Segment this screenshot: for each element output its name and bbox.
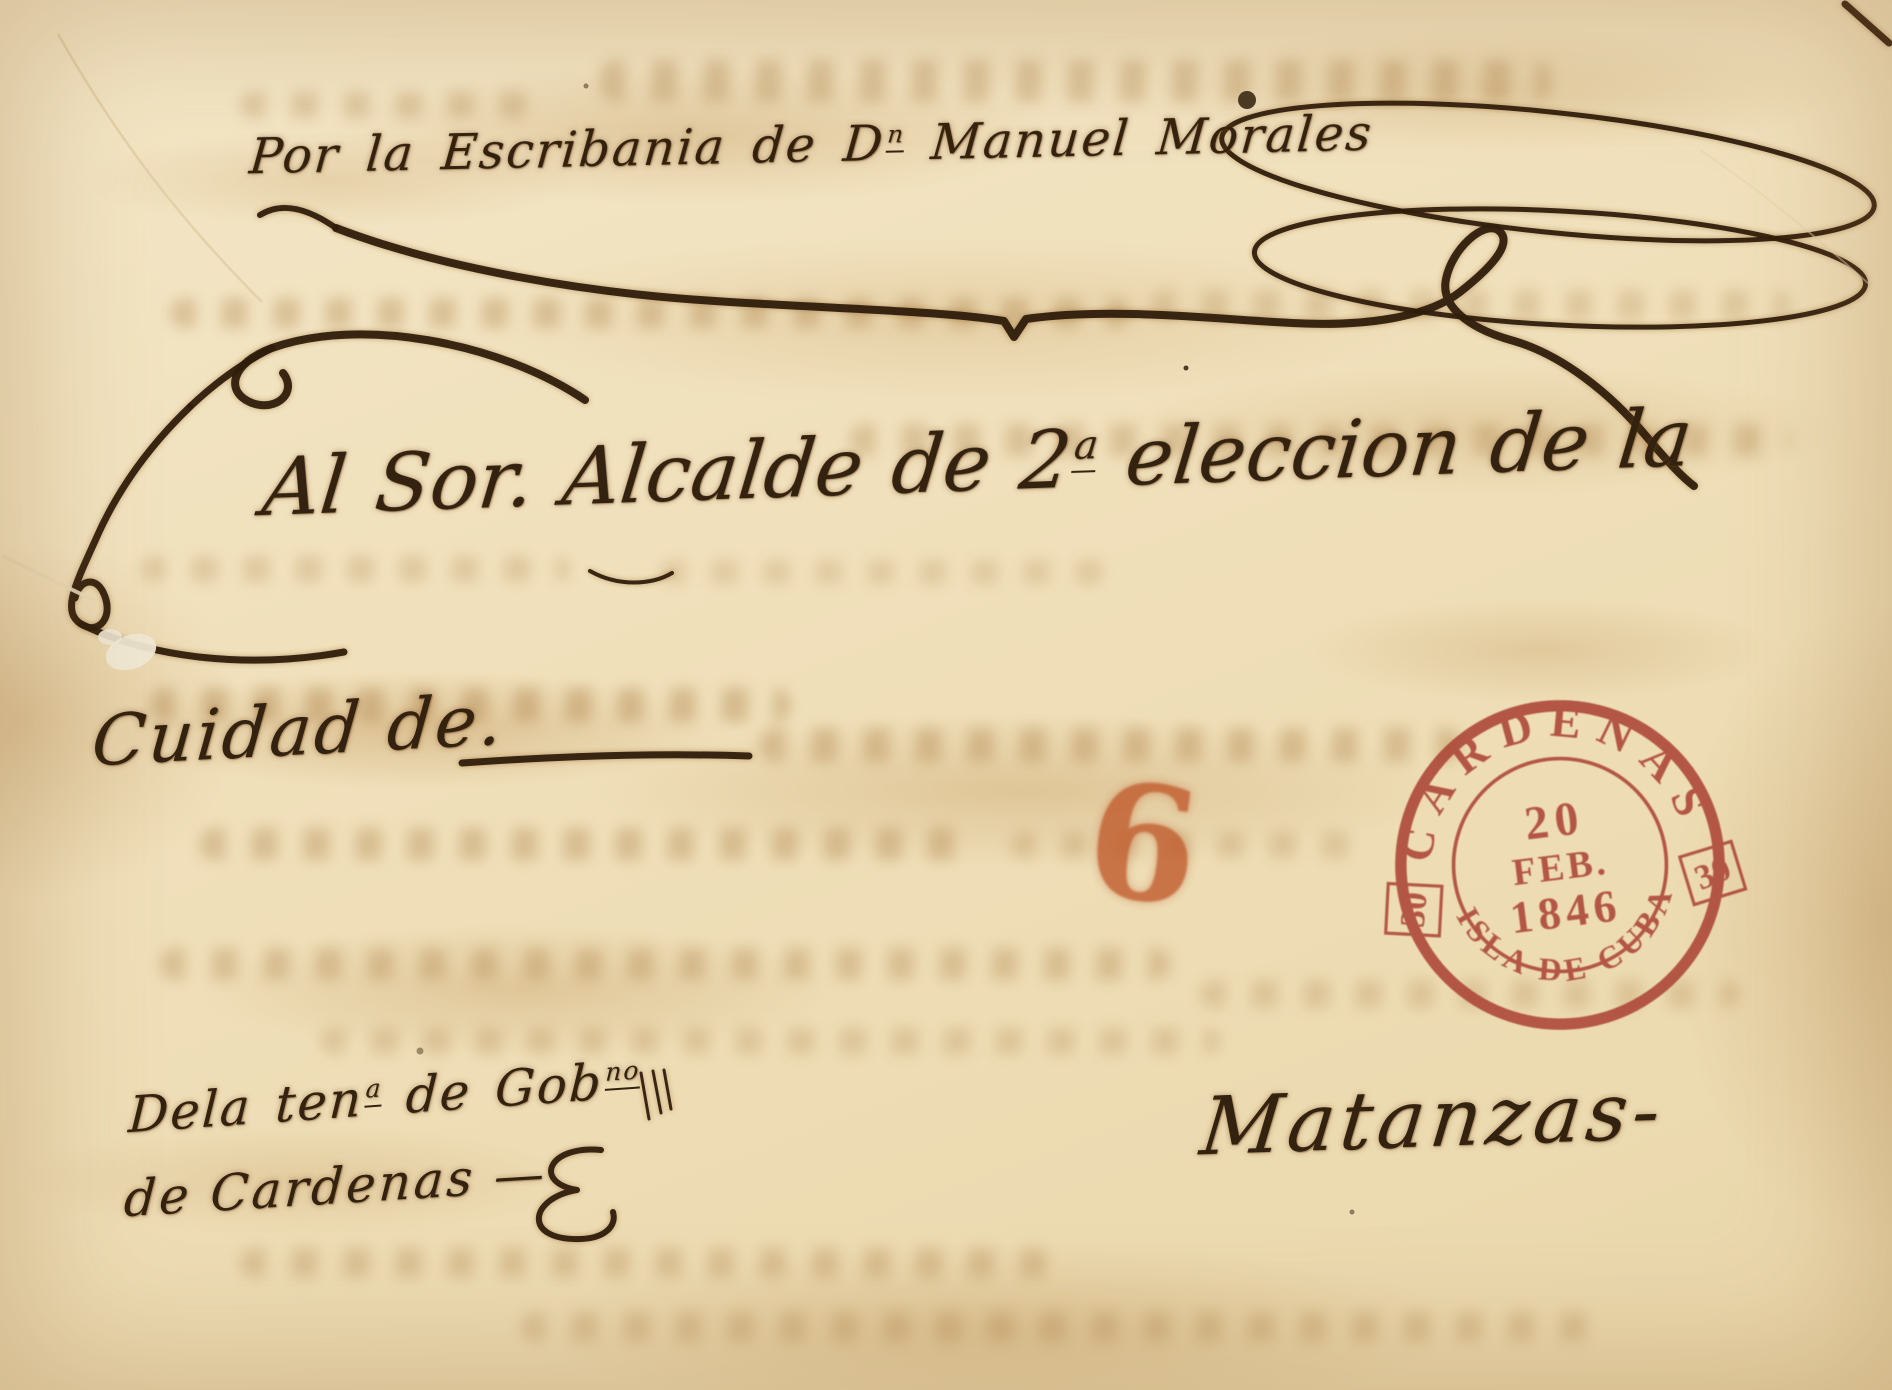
sender-line-2: de Cardenas —: [122, 1144, 548, 1228]
ink-strokes: [71, 4, 1889, 1239]
showthrough-band: [160, 948, 1170, 980]
ink-halo: [71, 4, 1889, 1239]
postmark-right-value: 30: [1689, 848, 1737, 898]
sender-superscript-no: no: [604, 1056, 641, 1092]
address-line-1: Al Sor. Alcalde de 2a eleccion de la: [258, 391, 1696, 534]
address-line-2: Cuidad de.: [89, 678, 509, 782]
showthrough-band: [600, 60, 1550, 102]
letter-cover: Por la Escribania de Dn Manuel Morales A…: [0, 0, 1892, 1390]
postmark-stamp: CARDENAS ISLA DE CUBA 20 FEB. 1846 30 30: [1353, 658, 1768, 1073]
showthrough-band: [320, 1028, 1220, 1054]
sender-text-mid: de Gob: [380, 1053, 604, 1127]
ink-specks: [187, 84, 1355, 1215]
docket-text-rest: Manuel Morales: [902, 104, 1375, 171]
sender-superscript-a: a: [365, 1074, 384, 1108]
sender-line-1: Dela tena de Gobno: [127, 1050, 642, 1144]
showthrough-band: [240, 1248, 1060, 1278]
showthrough-band: [1150, 290, 1790, 320]
showthrough-band: [240, 92, 540, 118]
postmark-left-value: 30: [1393, 891, 1435, 929]
showthrough-band: [660, 560, 1120, 584]
sender-text: Dela ten: [127, 1070, 365, 1145]
postmark-left-tab: 30: [1386, 884, 1442, 936]
rate-marking: 6: [1077, 746, 1209, 943]
postmark-day: 20: [1522, 792, 1588, 851]
destination-text: Matanzas-: [1196, 1064, 1669, 1174]
showthrough-band: [140, 556, 570, 582]
showthrough-band: [520, 1312, 1600, 1342]
showthrough-band: [170, 298, 1130, 328]
address-text: Al Sor. Alcalde de 2: [258, 413, 1076, 535]
docket-line: Por la Escribania de Dn Manuel Morales: [247, 104, 1375, 185]
address-text-rest: eleccion de la: [1092, 391, 1697, 505]
docket-text: Por la Escribania de D: [247, 115, 887, 185]
showthrough-band: [200, 828, 970, 860]
